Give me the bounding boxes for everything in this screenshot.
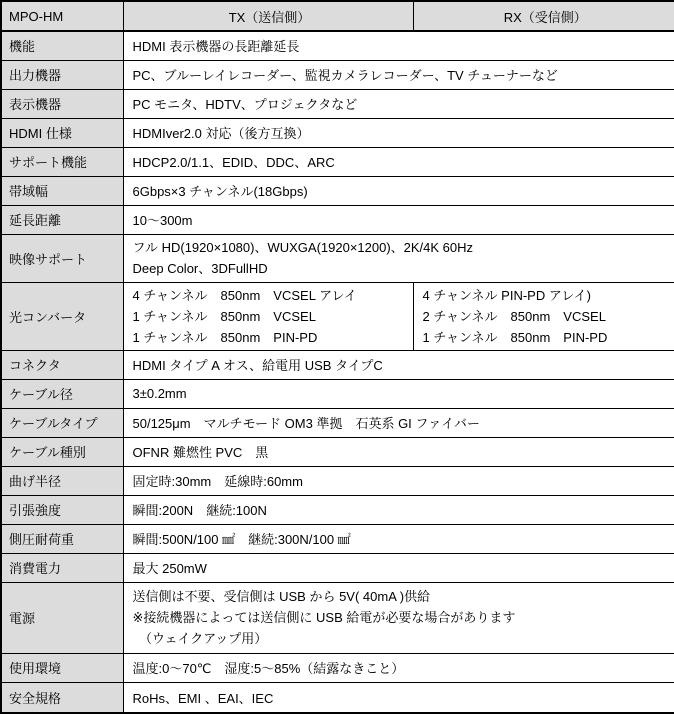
table-row-function: 機能 HDMI 表示機器の長距離延長 <box>1 31 674 60</box>
row-label: 使用環境 <box>1 653 123 682</box>
table-row-cable-class: ケーブル種別 OFNR 難燃性 PVC 黒 <box>1 437 674 466</box>
table-row-crush-load: 側圧耐荷重 瞬間:500N/100 ㎟ 継続:300N/100 ㎟ <box>1 524 674 553</box>
row-value: フル HD(1920×1080)、WUXGA(1920×1200)、2K/4K … <box>123 234 674 282</box>
value-line: Deep Color、3DFullHD <box>133 258 669 279</box>
header-model: MPO-HM <box>1 1 123 31</box>
table-row-bandwidth: 帯域幅 6Gbps×3 チャンネル(18Gbps) <box>1 176 674 205</box>
row-label: 延長距離 <box>1 205 123 234</box>
table-row-output-devices: 出力機器 PC、ブルーレイレコーダー、監視カメラレコーダー、TV チューナーなど <box>1 60 674 89</box>
row-value: 送信側は不要、受信側は USB から 5V( 40mA )供給 ※接続機器によっ… <box>123 582 674 653</box>
value-line: 1 チャンネル 850nm PIN-PD <box>133 327 407 348</box>
value-line: フル HD(1920×1080)、WUXGA(1920×1200)、2K/4K … <box>133 237 669 258</box>
row-label: 電源 <box>1 582 123 653</box>
row-value: RoHs、EMI 、EAI、IEC <box>123 682 674 713</box>
value-line: 2 チャンネル 850nm VCSEL <box>423 306 669 327</box>
value-line: 送信側は不要、受信側は USB から 5V( 40mA )供給 <box>133 586 669 607</box>
table-row-extension-distance: 延長距離 10～300m <box>1 205 674 234</box>
row-value: 3±0.2mm <box>123 379 674 408</box>
table-row-cable-diameter: ケーブル径 3±0.2mm <box>1 379 674 408</box>
row-label: 引張強度 <box>1 495 123 524</box>
header-rx: RX（受信側） <box>413 1 674 31</box>
table-row-power-consumption: 消費電力 最大 250mW <box>1 553 674 582</box>
row-value: 6Gbps×3 チャンネル(18Gbps) <box>123 176 674 205</box>
row-label: 帯域幅 <box>1 176 123 205</box>
row-value: HDMI 表示機器の長距離延長 <box>123 31 674 60</box>
row-label: コネクタ <box>1 350 123 379</box>
table-row-tensile-strength: 引張強度 瞬間:200N 継続:100N <box>1 495 674 524</box>
row-value: 最大 250mW <box>123 553 674 582</box>
value-line: ※接続機器によっては送信側に USB 給電が必要な場合があります <box>133 607 669 628</box>
row-value: PC モニタ、HDTV、プロジェクタなど <box>123 89 674 118</box>
row-label: 表示機器 <box>1 89 123 118</box>
table-row-display-devices: 表示機器 PC モニタ、HDTV、プロジェクタなど <box>1 89 674 118</box>
value-line: （ウェイクアップ用） <box>133 628 669 649</box>
row-label: 消費電力 <box>1 553 123 582</box>
row-label: ケーブル種別 <box>1 437 123 466</box>
row-label: 安全規格 <box>1 682 123 713</box>
table-row-safety-standards: 安全規格 RoHs、EMI 、EAI、IEC <box>1 682 674 713</box>
table-row-hdmi-spec: HDMI 仕様 HDMIver2.0 対応（後方互換） <box>1 118 674 147</box>
row-value: HDCP2.0/1.1、EDID、DDC、ARC <box>123 147 674 176</box>
row-label: 光コンバータ <box>1 282 123 350</box>
row-label: 曲げ半径 <box>1 466 123 495</box>
row-value-rx: 4 チャンネル PIN-PD アレイ) 2 チャンネル 850nm VCSEL … <box>413 282 674 350</box>
row-label: 側圧耐荷重 <box>1 524 123 553</box>
row-label: 出力機器 <box>1 60 123 89</box>
row-value: OFNR 難燃性 PVC 黒 <box>123 437 674 466</box>
value-line: 4 チャンネル PIN-PD アレイ) <box>423 285 669 306</box>
table-row-supported-features: サポート機能 HDCP2.0/1.1、EDID、DDC、ARC <box>1 147 674 176</box>
value-line: 4 チャンネル 850nm VCSEL アレイ <box>133 285 407 306</box>
row-value: 50/125μm マルチモード OM3 準拠 石英系 GI ファイバー <box>123 408 674 437</box>
table-row-power-supply: 電源 送信側は不要、受信側は USB から 5V( 40mA )供給 ※接続機器… <box>1 582 674 653</box>
row-value: HDMI タイプ A オス、給電用 USB タイプC <box>123 350 674 379</box>
row-label: 機能 <box>1 31 123 60</box>
row-value: 固定時:30mm 延線時:60mm <box>123 466 674 495</box>
table-row-operating-environment: 使用環境 温度:0～70℃ 湿度:5～85%（結露なきこと） <box>1 653 674 682</box>
table-row-connector: コネクタ HDMI タイプ A オス、給電用 USB タイプC <box>1 350 674 379</box>
value-line: 1 チャンネル 850nm VCSEL <box>133 306 407 327</box>
value-line: 1 チャンネル 850nm PIN-PD <box>423 327 669 348</box>
row-label: サポート機能 <box>1 147 123 176</box>
spec-table: MPO-HM TX（送信側） RX（受信側） 機能 HDMI 表示機器の長距離延… <box>0 0 674 714</box>
table-row-video-support: 映像サポート フル HD(1920×1080)、WUXGA(1920×1200)… <box>1 234 674 282</box>
row-label: ケーブルタイプ <box>1 408 123 437</box>
row-value: 瞬間:500N/100 ㎟ 継続:300N/100 ㎟ <box>123 524 674 553</box>
row-value: 10～300m <box>123 205 674 234</box>
header-tx: TX（送信側） <box>123 1 413 31</box>
row-value: 温度:0～70℃ 湿度:5～85%（結露なきこと） <box>123 653 674 682</box>
table-header-row: MPO-HM TX（送信側） RX（受信側） <box>1 1 674 31</box>
row-value: PC、ブルーレイレコーダー、監視カメラレコーダー、TV チューナーなど <box>123 60 674 89</box>
row-label: HDMI 仕様 <box>1 118 123 147</box>
table-row-bend-radius: 曲げ半径 固定時:30mm 延線時:60mm <box>1 466 674 495</box>
table-row-cable-type: ケーブルタイプ 50/125μm マルチモード OM3 準拠 石英系 GI ファ… <box>1 408 674 437</box>
table-row-optical-converter: 光コンバータ 4 チャンネル 850nm VCSEL アレイ 1 チャンネル 8… <box>1 282 674 350</box>
row-label: 映像サポート <box>1 234 123 282</box>
row-value-tx: 4 チャンネル 850nm VCSEL アレイ 1 チャンネル 850nm VC… <box>123 282 413 350</box>
row-value: 瞬間:200N 継続:100N <box>123 495 674 524</box>
row-value: HDMIver2.0 対応（後方互換） <box>123 118 674 147</box>
row-label: ケーブル径 <box>1 379 123 408</box>
